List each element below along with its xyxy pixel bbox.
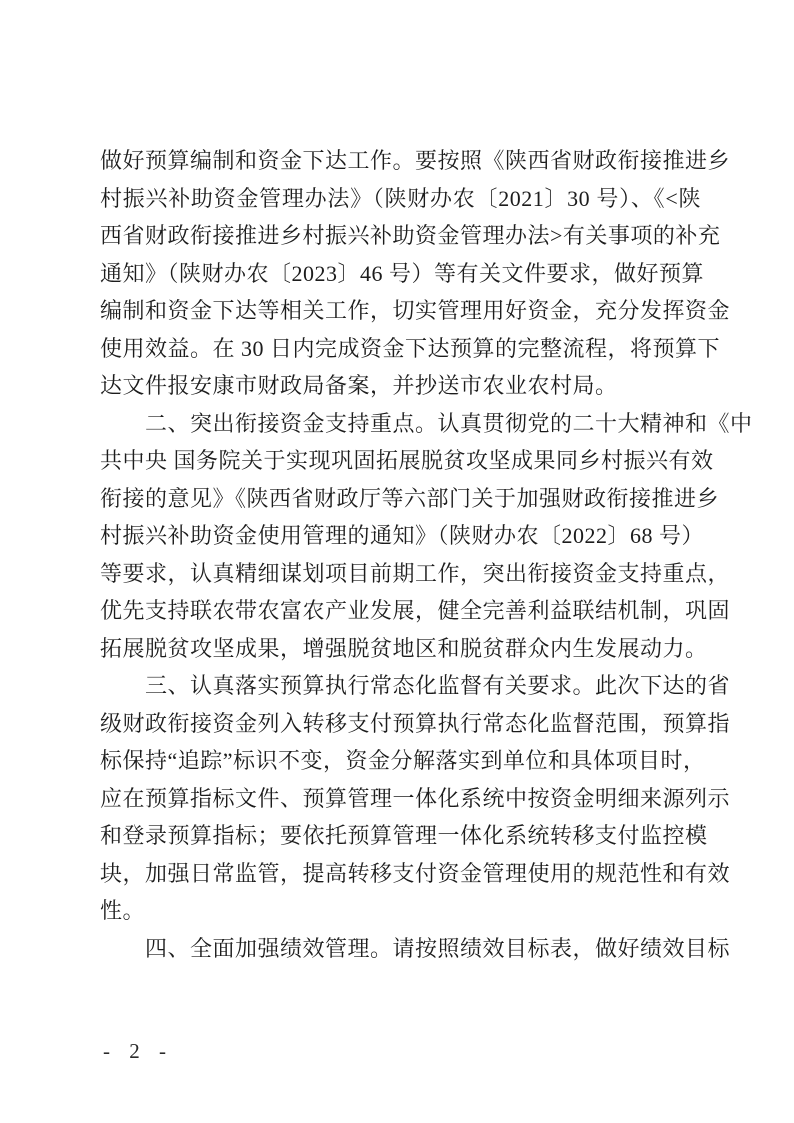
text-line: 二、突出衔接资金支持重点。认真贯彻党的二十大精神和《中 — [100, 405, 701, 443]
text-line: 西省财政衔接推进乡村振兴补助资金管理办法>有关事项的补充 — [100, 217, 701, 255]
text-line: 级财政衔接资金列入转移支付预算执行常态化监督范围，预算指 — [100, 705, 701, 743]
text-line: 拓展脱贫攻坚成果，增强脱贫地区和脱贫群众内生发展动力。 — [100, 630, 701, 668]
text-line: 和登录预算指标；要依托预算管理一体化系统转移支付监控模 — [100, 817, 701, 855]
text-line: 共中央 国务院关于实现巩固拓展脱贫攻坚成果同乡村振兴有效 — [100, 442, 701, 480]
text-line: 四、全面加强绩效管理。请按照绩效目标表，做好绩效目标 — [100, 930, 701, 968]
text-line: 村振兴补助资金使用管理的通知》（陕财办农〔2022〕68 号） — [100, 517, 701, 555]
page-number: - 2 - — [103, 1038, 173, 1064]
text-line: 村振兴补助资金管理办法》（陕财办农〔2021〕30 号）、《<陕 — [100, 180, 701, 218]
text-line: 达文件报安康市财政局备案，并抄送市农业农村局。 — [100, 367, 701, 405]
text-line: 通知》（陕财办农〔2023〕46 号）等有关文件要求，做好预算 — [100, 255, 701, 293]
text-line: 三、认真落实预算执行常态化监督有关要求。此次下达的省 — [100, 667, 701, 705]
text-line: 做好预算编制和资金下达工作。要按照《陕西省财政衔接推进乡 — [100, 142, 701, 180]
text-line: 块，加强日常监管，提高转移支付资金管理使用的规范性和有效 — [100, 855, 701, 893]
document-body: 做好预算编制和资金下达工作。要按照《陕西省财政衔接推进乡 村振兴补助资金管理办法… — [100, 142, 701, 967]
text-line: 使用效益。在 30 日内完成资金下达预算的完整流程，将预算下 — [100, 330, 701, 368]
text-line: 等要求，认真精细谋划项目前期工作，突出衔接资金支持重点， — [100, 555, 701, 593]
document-page: 做好预算编制和资金下达工作。要按照《陕西省财政衔接推进乡 村振兴补助资金管理办法… — [0, 0, 794, 1123]
text-line: 性。 — [100, 892, 701, 930]
text-line: 应在预算指标文件、预算管理一体化系统中按资金明细来源列示 — [100, 780, 701, 818]
text-line: 编制和资金下达等相关工作，切实管理用好资金，充分发挥资金 — [100, 292, 701, 330]
text-line: 标保持“追踪”标识不变，资金分解落实到单位和具体项目时， — [100, 742, 701, 780]
text-line: 衔接的意见》《陕西省财政厅等六部门关于加强财政衔接推进乡 — [100, 480, 701, 518]
text-line: 优先支持联农带农富农产业发展，健全完善利益联结机制，巩固 — [100, 592, 701, 630]
